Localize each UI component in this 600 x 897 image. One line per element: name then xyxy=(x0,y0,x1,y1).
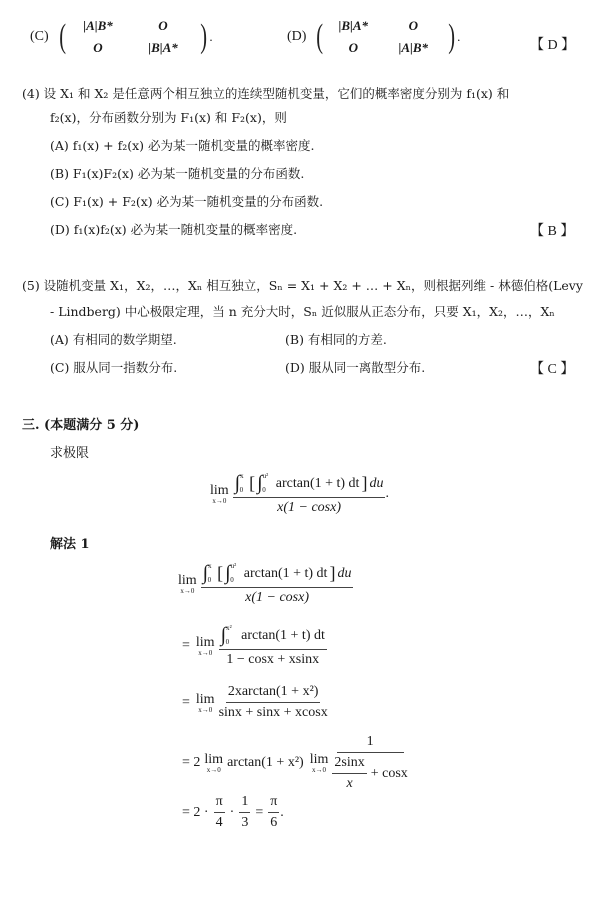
q4-option-c: (C) F₁(x) + F₂(x) 必为某一随机变量的分布函数. xyxy=(50,192,323,210)
solution-step-2: = limx→0 ∫x²0 arctan(1 + t) dt 1 − cosx … xyxy=(182,624,327,668)
problem-limit-expression: lim x→0 ∫x0 [ ∫u²0 arctan(1 + t) dt ] du… xyxy=(210,472,389,516)
q4-stem-line2: f₂(x)，分布函数分别为 F₁(x) 和 F₂(x)，则 xyxy=(50,108,287,126)
solution-step-3: = limx→0 2xarctan(1 + x²) sinx + sinx + … xyxy=(182,684,328,721)
matrix-cell: |A|B* xyxy=(68,18,128,34)
answer-q4: 【 B 】 xyxy=(530,220,574,240)
matrix-cell: |B|A* xyxy=(128,40,198,56)
q5-option-d: (D) 服从同一离散型分布. xyxy=(285,358,425,376)
matrix-cell: O xyxy=(128,18,198,34)
answer-q3: 【 D 】 xyxy=(530,34,575,54)
matrix-cell: |B|A* xyxy=(326,18,381,34)
matrix-cell: |A|B* xyxy=(381,40,446,56)
q4-stem-line1: (4) 设 X₁ 和 X₂ 是任意两个相互独立的连续型随机变量，它们的概率密度分… xyxy=(22,84,509,102)
q5-option-a: (A) 有相同的数学期望. xyxy=(50,330,177,348)
solution-step-1: limx→0 ∫x0 [ ∫u²0 arctan(1 + t) dt ] du … xyxy=(178,562,353,606)
q5-stem-line2: - Lindberg) 中心极限定理，当 n 充分大时，Sₙ 近似服从正态分布，… xyxy=(50,302,555,320)
q5-stem-line1: (5) 设随机变量 X₁，X₂，…，Xₙ 相互独立，Sₙ = X₁ + X₂ +… xyxy=(22,276,583,294)
matrix-cell: O xyxy=(381,18,446,34)
q5-option-c: (C) 服从同一指数分布. xyxy=(50,358,177,376)
solution-step-5: = 2 · π4 · 13 = π6 . xyxy=(182,794,284,831)
option-label: (D) xyxy=(287,29,306,45)
q4-option-b: (B) F₁(x)F₂(x) 必为某一随机变量的分布函数. xyxy=(50,164,304,182)
left-paren: ( xyxy=(317,20,324,54)
left-paren: ( xyxy=(59,20,66,54)
q5-option-b: (B) 有相同的方差. xyxy=(285,330,387,348)
right-paren: ) xyxy=(448,20,455,54)
lim-operator: lim x→0 xyxy=(210,483,229,505)
q4-option-a: (A) f₁(x) + f₂(x) 必为某一随机变量的概率密度. xyxy=(50,136,315,154)
right-paren: ) xyxy=(200,20,207,54)
option-label: (C) xyxy=(30,29,49,45)
problem-prompt: 求极限 xyxy=(50,442,89,461)
q4-option-d: (D) f₁(x)f₂(x) 必为某一随机变量的概率密度. xyxy=(50,220,297,238)
section-heading: 三. (本题满分 5 分) xyxy=(22,414,139,433)
matrix-cell: O xyxy=(68,40,128,56)
matrix-d: ( |B|A* O O |A|B* ). xyxy=(314,18,460,56)
solution-label: 解法 1 xyxy=(50,533,90,552)
q3-option-c: (C) ( |A|B* O O |B|A* ). xyxy=(30,18,213,56)
matrix-cell: O xyxy=(326,40,381,56)
matrix-c: ( |A|B* O O |B|A* ). xyxy=(57,18,213,56)
solution-step-4: = 2 limx→0 arctan(1 + x²) limx→0 1 2sinx… xyxy=(182,734,408,792)
answer-q5: 【 C 】 xyxy=(530,358,574,378)
q3-option-d: (D) ( |B|A* O O |A|B* ). xyxy=(287,18,460,56)
